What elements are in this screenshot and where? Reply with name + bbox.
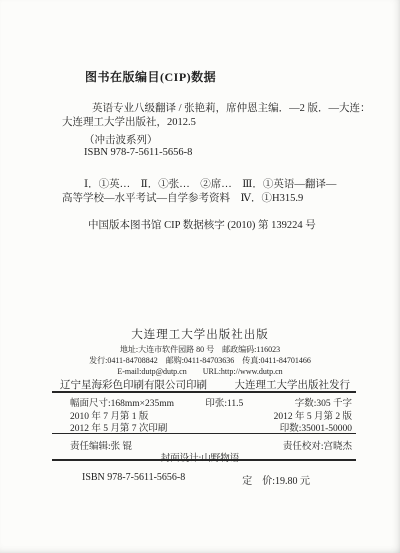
- isbn-bottom: ISBN 978-7-5611-5656-8: [82, 472, 185, 487]
- divider-middle: [52, 433, 356, 434]
- cip-header: 图书在版编目(CIP)数据: [85, 68, 216, 85]
- printer-name: 辽宁星海彩色印刷有限公司印刷: [60, 377, 207, 392]
- series-note: （冲击波系列）: [84, 132, 158, 147]
- footer-row: ISBN 978-7-5611-5656-8 定 价:19.80 元: [52, 472, 356, 487]
- divider-top: [52, 391, 356, 393]
- spec-word-count: 字数:305 千字: [267, 395, 352, 409]
- classification-line2: 高等学校—水平考试—自学参考资料 Ⅳ．①H315.9: [62, 190, 303, 205]
- publisher-email-url: E-mail:dutp@dutp.cn URL:http://www.dutp.…: [0, 366, 400, 377]
- spec-row-printing: 2012 年 5 月第 7 次印刷 印数:35001-50000: [52, 420, 356, 434]
- divider-bottom: [52, 459, 356, 461]
- distributor-name: 大连理工大学出版社发行: [235, 377, 351, 392]
- spec-printing: 2012 年 5 月第 7 次印刷: [70, 420, 205, 434]
- classification-line1: Ⅰ．①英… Ⅱ．①张… ②席… Ⅲ．①英语—翻译—: [84, 176, 336, 191]
- spec-sheets: 印张:11.5: [205, 395, 267, 409]
- cip-record-number: 中国版本图书馆 CIP 数据核字 (2010) 第 139224 号: [88, 217, 316, 232]
- spec-print-run: 印数:35001-50000: [205, 420, 352, 434]
- cover-designer: 封面设计:山野物语: [0, 450, 400, 464]
- isbn-top: ISBN 978-7-5611-5656-8: [84, 147, 192, 158]
- publisher-phones: 发行:0411-84708842 邮购:0411-84703636 传真:041…: [0, 355, 400, 366]
- spec-size: 幅面尺寸:168mm×235mm: [70, 395, 205, 409]
- cip-entry-line2: 大连理工大学出版社，2012.5: [62, 114, 196, 129]
- printer-distributor-row: 辽宁星海彩色印刷有限公司印刷 大连理工大学出版社发行: [52, 377, 356, 392]
- price: 定 价:19.80 元: [242, 472, 310, 487]
- spec-row-size: 幅面尺寸:168mm×235mm 印张:11.5 字数:305 千字: [52, 395, 356, 409]
- publisher-name: 大连理工大学出版社出版: [0, 326, 400, 342]
- colophon-page: 图书在版编目(CIP)数据 英语专业八级翻译 / 张艳莉，席仲恩主编．—2 版．…: [0, 0, 400, 553]
- publisher-address: 地址:大连市软件园路 80 号 邮政编码:116023: [0, 344, 400, 355]
- cip-entry-line1: 英语专业八级翻译 / 张艳莉，席仲恩主编．—2 版．—大连：: [92, 100, 371, 115]
